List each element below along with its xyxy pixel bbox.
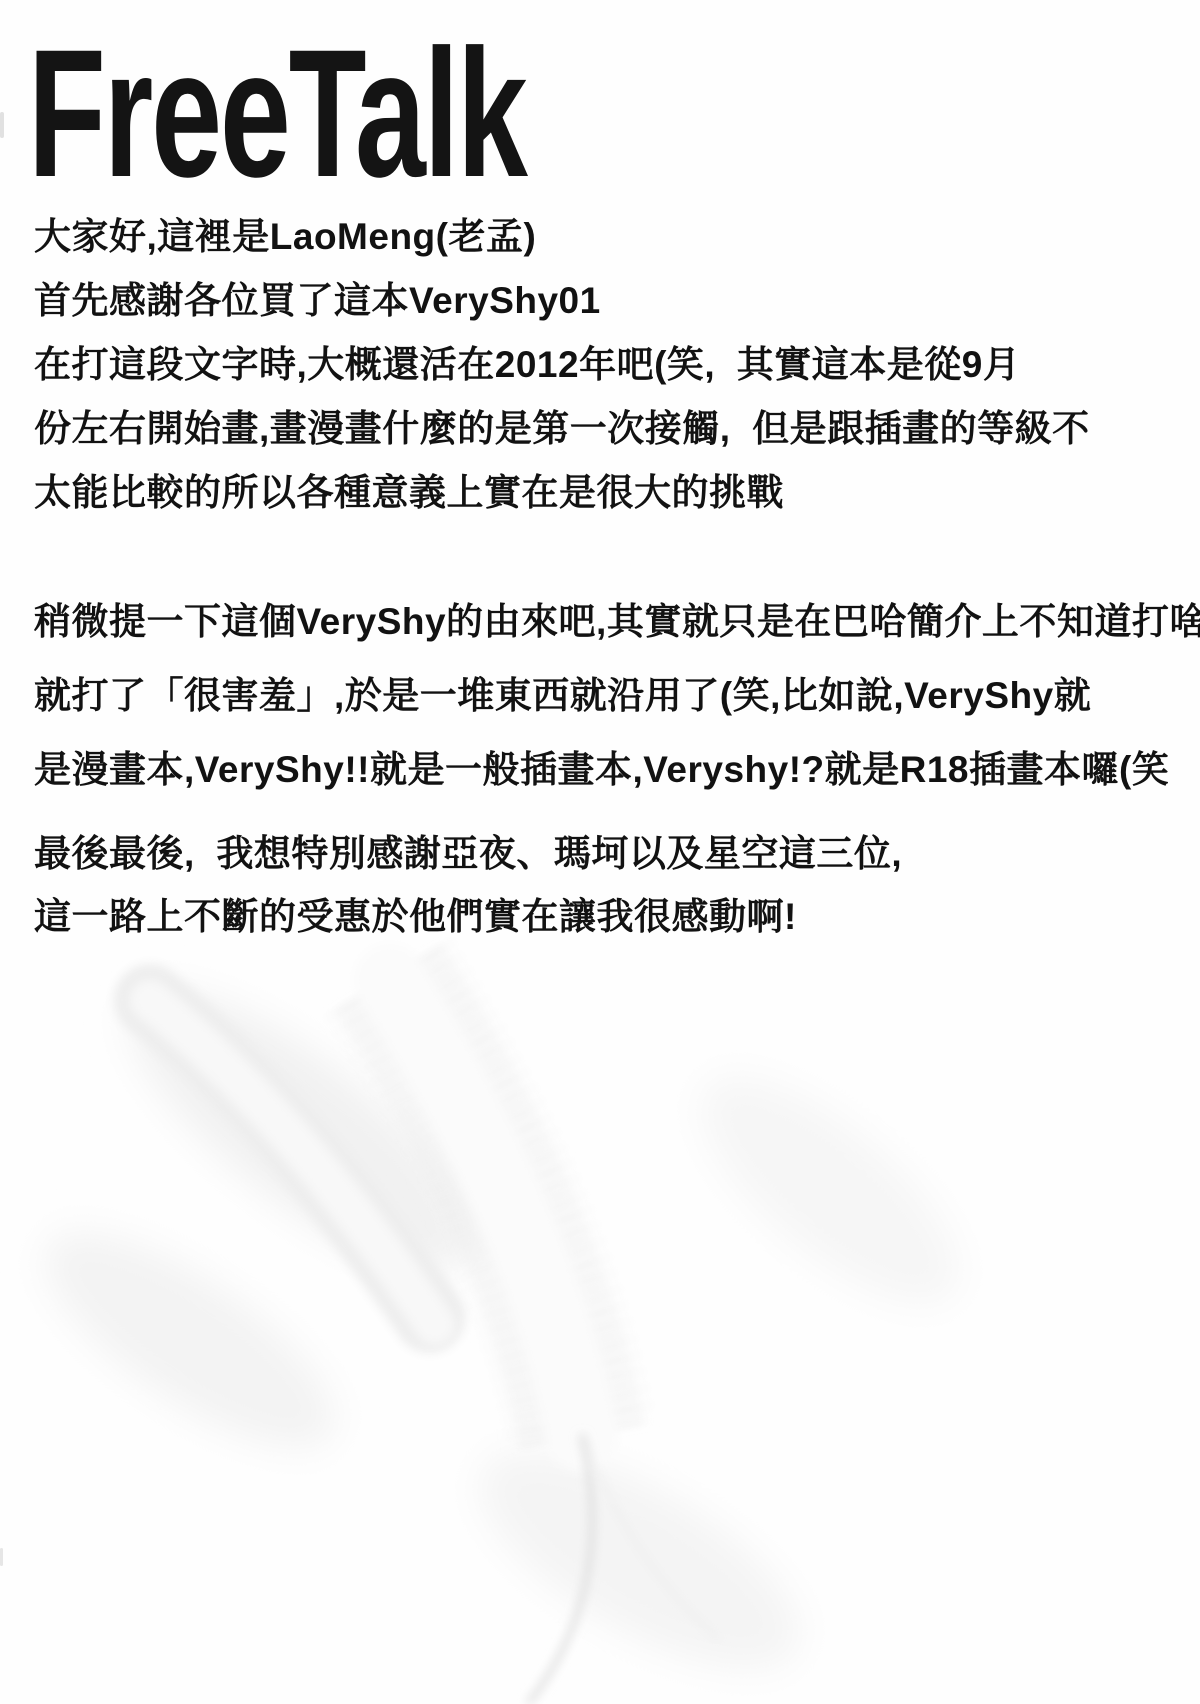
text-line: 就打了「很害羞」,於是一堆東西就沿用了(笑,比如說,VeryShy就 (34, 659, 1200, 733)
text-line: 首先感謝各位買了這本VeryShy01 (34, 269, 1090, 333)
text-line: 是漫畫本,VeryShy!!就是一般插畫本,Veryshy!?就是R18插畫本囉… (34, 733, 1200, 807)
text-line: 稍微提一下這個VeryShy的由來吧,其實就只是在巴哈簡介上不知道打啥 (34, 585, 1200, 659)
scanned-freetalk-page: FreeTalk 大家好,這裡是LaoMeng(老孟) 首先感謝各位買了這本Ve… (0, 0, 1200, 1704)
paragraph-greeting: 大家好,這裡是LaoMeng(老孟) 首先感謝各位買了這本VeryShy01 在… (34, 205, 1090, 525)
text-line: 最後最後, 我想特別感謝亞夜、瑪坷以及星空這三位, (34, 822, 902, 885)
text-line: 份左右開始畫,畫漫畫什麼的是第一次接觸, 但是跟插畫的等級不 (34, 397, 1090, 461)
page-title: FreeTalk (28, 22, 526, 204)
text-line: 在打這段文字時,大概還活在2012年吧(笑, 其實這本是從9月 (34, 333, 1090, 397)
text-line: 大家好,這裡是LaoMeng(老孟) (34, 205, 1090, 269)
paragraph-thanks: 最後最後, 我想特別感謝亞夜、瑪坷以及星空這三位, 這一路上不斷的受惠於他們實在… (34, 822, 902, 948)
text-line: 這一路上不斷的受惠於他們實在讓我很感動啊! (34, 885, 902, 948)
paragraph-veryshy-origin: 稍微提一下這個VeryShy的由來吧,其實就只是在巴哈簡介上不知道打啥 就打了「… (34, 585, 1200, 807)
scan-artifact (0, 112, 4, 138)
scan-artifact (0, 1548, 3, 1566)
text-line: 太能比較的所以各種意義上實在是很大的挑戰 (34, 461, 1090, 525)
